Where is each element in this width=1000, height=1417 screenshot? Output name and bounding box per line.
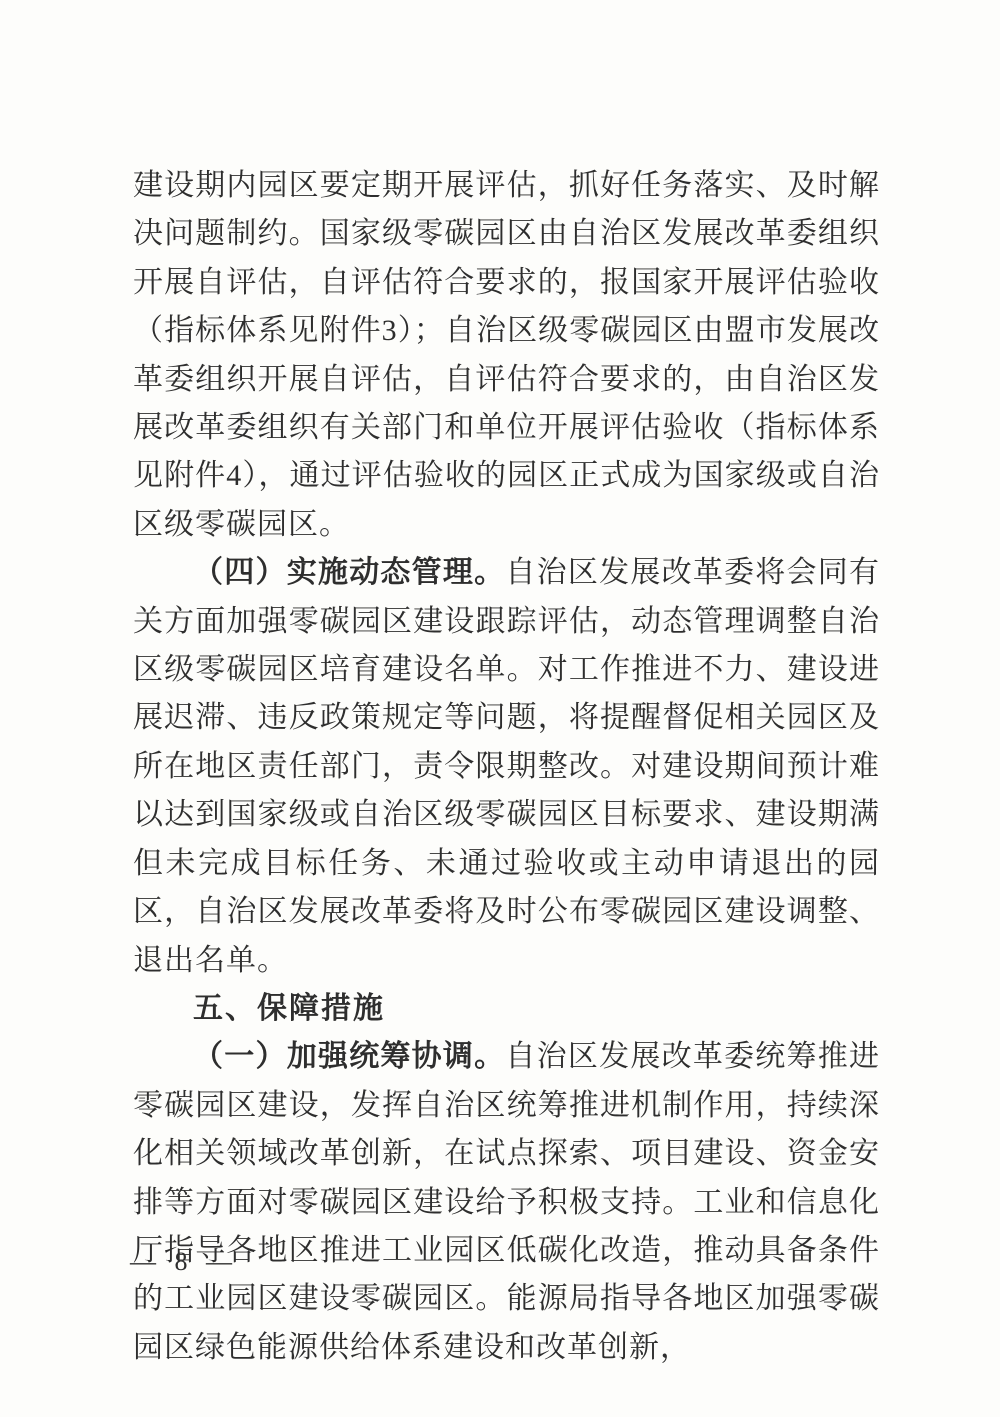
- paragraph-strengthen-coordination: （一）加强统筹协调。自治区发展改革委统筹推进零碳园区建设，发挥自治区统筹推进机制…: [133, 1033, 880, 1372]
- paragraph-dynamic-management: （四）实施动态管理。自治区发展改革委将会同有关方面加强零碳园区建设跟踪评估，动态…: [133, 549, 880, 985]
- section-heading-safeguard-measures: 五、保障措施: [133, 985, 880, 1033]
- paragraph-lead-bold: （四）实施动态管理。: [193, 556, 505, 589]
- page-number-label: — 8 —: [130, 1247, 238, 1276]
- paragraph-text: 自治区发展改革委将会同有关方面加强零碳园区建设跟踪评估，动态管理调整自治区级零碳…: [133, 556, 880, 976]
- document-body: 建设期内园区要定期开展评估，抓好任务落实、及时解决问题制约。国家级零碳园区由自治…: [133, 162, 880, 1372]
- paragraph-text: 自治区发展改革委统筹推进零碳园区建设，发挥自治区统筹推进机制作用，持续深化相关领…: [133, 1040, 880, 1363]
- page-number: — 8 —: [130, 1247, 238, 1277]
- paragraph-evaluation-acceptance: 建设期内园区要定期开展评估，抓好任务落实、及时解决问题制约。国家级零碳园区由自治…: [133, 162, 880, 549]
- paragraph-text: 建设期内园区要定期开展评估，抓好任务落实、及时解决问题制约。国家级零碳园区由自治…: [133, 169, 880, 541]
- paragraph-lead-bold: （一）加强统筹协调。: [193, 1040, 505, 1073]
- document-page: 建设期内园区要定期开展评估，抓好任务落实、及时解决问题制约。国家级零碳园区由自治…: [0, 0, 1000, 1417]
